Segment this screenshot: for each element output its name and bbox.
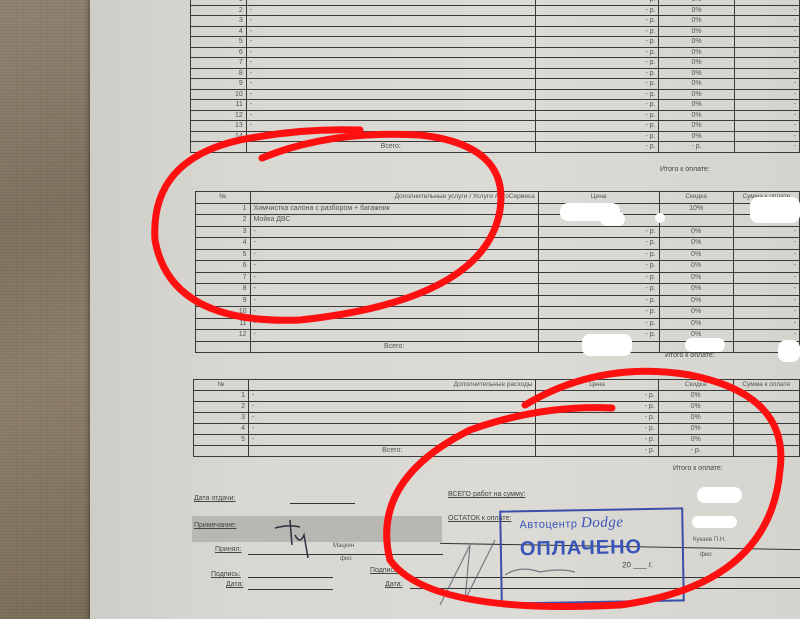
row-description: - [250,295,538,307]
table-row: 1-- р.0% [194,391,800,402]
row-description: - [250,330,538,342]
client-name: Кукаев П.Н. [693,537,726,543]
date-right-label: Дата: [385,581,402,588]
row-sum: - [734,131,799,142]
paid-stamp: Автоцентр Dodge ОПЛАЧЕНО 20 ___ г. [499,507,685,604]
row-price: - р. [538,307,659,319]
table-row: 4-- р.0% [194,424,800,435]
accepted-label: Принял: [215,546,242,553]
row-description: - [250,284,538,296]
redaction [655,213,665,223]
parts-table: 1-- р.0%-2-- р.0%-3-- р.0%-4-- р.0%-5-- … [190,0,800,153]
row-sum: - [733,226,799,238]
row-sum: - [733,307,799,319]
row-sum: - [734,89,799,100]
total-discount: - р. [659,142,734,153]
row-sum [733,402,799,413]
row-description: - [246,68,535,79]
table-row: 11-- р.0%- [191,100,800,111]
row-number: 7 [191,58,247,69]
row-number: 12 [191,110,247,121]
row-price: - р. [535,58,659,69]
row-price: - р. [538,272,659,284]
row-price: - р. [535,68,659,79]
row-description: - [246,131,535,142]
row-number: 3 [196,226,251,238]
row-sum [733,435,799,446]
row-sum [733,424,799,435]
row-number: 7 [196,272,251,284]
row-sum: - [733,272,799,284]
header-price: Цена [538,192,659,204]
row-number: 1 [196,203,251,215]
parts-to-pay-label: Итого к оплате: [660,166,710,173]
table-total-row: Всего:- р.- р. [194,446,800,457]
redaction [697,487,742,503]
client-caption: фио [700,552,712,558]
header-price: Цена [536,380,658,391]
row-number: 13 [191,121,247,132]
row-discount: 0% [659,131,734,142]
row-sum [733,413,799,424]
row-discount: 0% [659,272,733,284]
total-price: - р. [535,142,659,153]
total-blank [191,142,247,153]
row-number: 2 [194,402,249,413]
row-price: - р. [535,131,659,142]
row-number: 2 [196,215,251,227]
table-row: 7-- р.0%- [196,272,800,284]
row-number: 10 [191,89,247,100]
row-price: - р. [535,79,659,90]
row-sum: - [734,47,799,58]
table-row: 2-- р.0%- [191,5,800,16]
row-price: - р. [535,100,659,111]
row-description: - [250,226,538,238]
row-description: - [250,272,538,284]
row-description: - [246,5,535,16]
row-discount: 0% [659,261,733,273]
row-sum: - [733,249,799,261]
header-description: Дополнительные расходы [249,380,536,391]
table-row: 1Химчистка салона с разбором + багажник1… [196,203,800,215]
redaction [600,212,625,226]
row-discount: 0% [658,391,733,402]
date-issue-label: Дата отдачи: [194,495,235,502]
header-no: № [196,192,251,204]
row-description: - [246,100,535,111]
row-description: - [250,261,538,273]
row-number: 8 [191,68,247,79]
row-price: - р. [538,226,659,238]
row-price: - р. [536,413,658,424]
total-works-label: ВСЕГО работ на сумму: [448,491,525,498]
table-row: 13-- р.0%- [191,121,800,132]
total-sum: - [734,142,799,153]
row-discount: 0% [658,424,733,435]
accepted-line [248,554,443,555]
table-row: 12-- р.0%- [191,110,800,121]
row-description: - [246,121,535,132]
row-discount: 0% [659,226,733,238]
row-sum: - [733,284,799,296]
table-row: 8-- р.0%- [191,68,800,79]
note-field [192,516,442,542]
row-discount: 10% [659,203,733,215]
row-discount: 0% [659,284,733,296]
row-price: - р. [535,89,659,100]
header-discount: Скидка [659,192,733,204]
row-price: - р. [535,26,659,37]
row-number: 9 [196,295,251,307]
stamp-brand-script: Dodge [581,514,624,531]
row-price: - р. [538,318,659,330]
row-discount: 0% [659,26,734,37]
master-name: Мацкин [333,543,354,549]
row-number: 5 [196,249,251,261]
row-sum: - [733,295,799,307]
note-label: Примечание: [194,522,236,529]
row-sum: - [734,68,799,79]
row-discount: 0% [659,79,734,90]
header-sum: Сумма к оплате [733,380,799,391]
row-description: - [246,16,535,27]
row-number: 4 [194,424,249,435]
row-description: - [246,58,535,69]
header-discount: Скидка [658,380,733,391]
row-description: - [250,249,538,261]
table-row: 5-- р.0%- [196,249,800,261]
row-sum: - [734,26,799,37]
row-discount: 0% [659,307,733,319]
row-description: - [246,26,535,37]
row-sum: - [733,238,799,250]
row-number: 2 [191,5,247,16]
row-description: Химчистка салона с разбором + багажник [250,203,538,215]
row-discount: 0% [659,37,734,48]
row-description: - [246,79,535,90]
row-description: - [246,110,535,121]
table-row: 3-- р.0%- [191,16,800,27]
table-header: №Дополнительные услуги / Услуги АвтоСерв… [196,192,800,204]
total-blank [196,341,251,353]
expenses-table: №Дополнительные расходыЦенаСкидкаСумма к… [193,379,800,457]
date-label: Дата: [226,581,243,588]
row-discount: 0% [659,121,734,132]
total-label: Всего: [249,446,536,457]
row-description: - [246,37,535,48]
stamp-brand: Автоцентр Dodge [519,514,623,533]
row-number: 10 [196,307,251,319]
row-price: - р. [535,5,659,16]
row-sum: - [734,16,799,27]
row-description: - [249,435,536,446]
row-description: - [250,238,538,250]
signature-line [248,577,333,578]
row-sum: - [734,100,799,111]
row-discount: 0% [659,110,734,121]
row-price: - р. [536,424,658,435]
row-number: 5 [194,435,249,446]
row-price: - р. [535,121,659,132]
table-row: 10-- р.0%- [196,307,800,319]
row-price: - р. [538,261,659,273]
table-row: 14-- р.0%- [191,131,800,142]
row-description: - [249,391,536,402]
header-description: Дополнительные услуги / Услуги АвтоСерви… [250,192,538,204]
row-price: - р. [538,295,659,307]
row-discount: 0% [659,5,734,16]
row-discount: 0% [659,16,734,27]
total-label: Всего: [250,341,538,353]
row-number: 12 [196,330,251,342]
table-row: 3-- р.0% [194,413,800,424]
row-price: - р. [535,16,659,27]
row-discount: 0% [659,58,734,69]
signature-right-label: Подпись: [370,567,400,574]
table-header: №Дополнительные расходыЦенаСкидкаСумма к… [194,380,800,391]
row-number: 8 [196,284,251,296]
row-description: - [249,424,536,435]
date-line [248,589,333,590]
date-issue-line [290,503,355,504]
row-sum: - [733,261,799,273]
row-discount: 0% [658,413,733,424]
row-number: 5 [191,37,247,48]
row-description: - [246,47,535,58]
table-row: 11-- р.0%- [196,318,800,330]
table-row: 2-- р.0% [194,402,800,413]
row-price: - р. [536,402,658,413]
row-number: 14 [191,131,247,142]
row-description: - [246,89,535,100]
row-description: - [250,307,538,319]
row-sum: - [734,79,799,90]
row-price: - р. [535,110,659,121]
table-row: 8-- р.0%- [196,284,800,296]
row-number: 4 [191,26,247,37]
table-row: 6-- р.0%- [196,261,800,273]
row-discount: 0% [659,249,733,261]
total-price: - р. [536,446,658,457]
table-row: 2Мойка ДВС [196,215,800,227]
header-no: № [194,380,249,391]
expenses-to-pay-label: Итого к оплате: [673,465,723,472]
signature-label: Подпись: [211,571,241,578]
table-row: 7-- р.0%- [191,58,800,69]
redaction [692,516,737,528]
row-description: - [249,402,536,413]
table-row: 9-- р.0%- [191,79,800,90]
table-row: 6-- р.0%- [191,47,800,58]
table-row: 5-- р.0%- [191,37,800,48]
redaction [778,340,800,362]
table-row: 10-- р.0%- [191,89,800,100]
row-description: Мойка ДВС [250,215,538,227]
row-price: - р. [538,284,659,296]
row-price: - р. [535,37,659,48]
row-discount: 0% [658,435,733,446]
stamp-paid-text: ОПЛАЧЕНО [520,536,643,561]
row-sum: - [734,58,799,69]
redaction [750,197,800,223]
row-discount: 0% [658,402,733,413]
row-sum: - [734,121,799,132]
row-number: 1 [194,391,249,402]
table-row: 9-- р.0%- [196,295,800,307]
total-discount: - р. [658,446,733,457]
row-number: 3 [191,16,247,27]
fabric-background [0,0,92,619]
row-price: - р. [536,435,658,446]
table-row: 4-- р.0%- [191,26,800,37]
row-discount: 0% [659,295,733,307]
row-number: 9 [191,79,247,90]
table-row: 4-- р.0%- [196,238,800,250]
row-price: - р. [538,249,659,261]
table-row: 3-- р.0%- [196,226,800,238]
table-row: 5-- р.0% [194,435,800,446]
row-number: 3 [194,413,249,424]
total-label: Всего: [246,142,535,153]
stamp-year: 20 ___ г. [622,560,653,570]
row-sum: - [734,110,799,121]
row-number: 4 [196,238,251,250]
row-number: 6 [191,47,247,58]
row-number: 11 [196,318,251,330]
row-discount: 0% [659,89,734,100]
services-to-pay-label: Итого к оплате: [665,352,715,359]
row-number: 11 [191,100,247,111]
row-discount: 0% [659,68,734,79]
total-sum [733,446,799,457]
redaction [685,338,725,352]
row-discount: 0% [659,47,734,58]
row-description: - [250,318,538,330]
row-price: - р. [536,391,658,402]
master-caption: фио [340,556,352,562]
table-total-row: Всего:- р.- р.- [191,142,800,153]
row-sum: - [734,5,799,16]
row-sum [733,391,799,402]
row-number: 6 [196,261,251,273]
row-discount: 0% [659,238,733,250]
row-discount: 0% [659,318,733,330]
services-table: №Дополнительные услуги / Услуги АвтоСерв… [195,191,800,353]
row-sum: - [734,37,799,48]
total-blank [194,446,249,457]
row-discount [659,215,733,227]
row-price: - р. [535,47,659,58]
row-sum: - [733,318,799,330]
row-discount: 0% [659,100,734,111]
row-price: - р. [538,238,659,250]
redaction [582,334,632,356]
row-description: - [249,413,536,424]
